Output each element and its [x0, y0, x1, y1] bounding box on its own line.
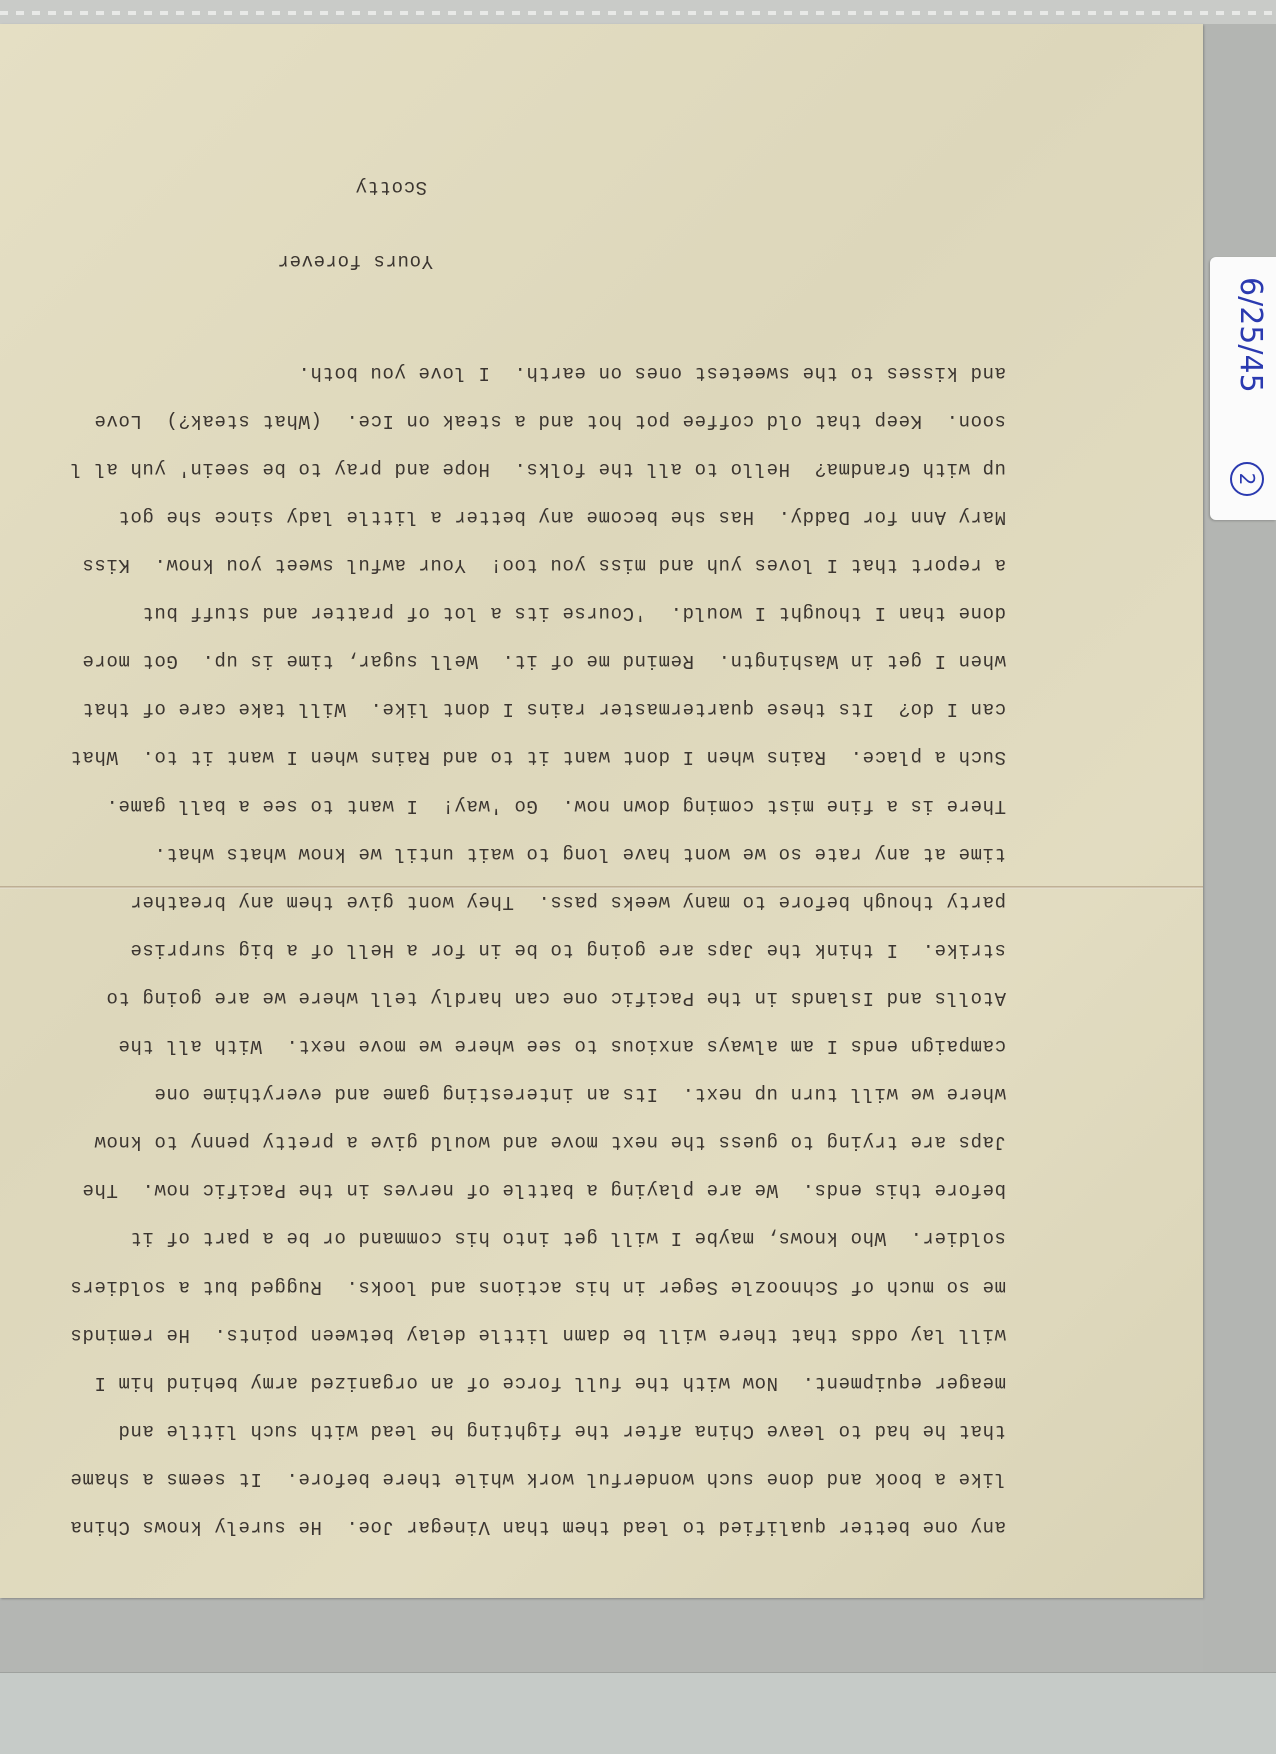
letter-line: and kisses to the sweetest ones on earth…: [6, 336, 1006, 384]
letter-line: that he had to leave China after the fig…: [6, 1394, 1006, 1442]
sleeve-top-edge: [0, 0, 1276, 24]
tag-date: 6/25/45: [1233, 277, 1268, 393]
letter-line: when I get in Washingtn. Remind me of it…: [6, 624, 1006, 672]
letter-line: like a book and done such wonderful work…: [6, 1442, 1006, 1490]
letter-line: Such a place. Rains when I dont want it …: [6, 720, 1006, 768]
letter-line: campaign ends I am always anxious to see…: [6, 1009, 1006, 1057]
letter-line: before this ends. We are playing a battl…: [6, 1153, 1006, 1201]
letter-closing: Yours forever: [277, 250, 433, 272]
letter-line: can I do? Its these quartermaster rains …: [6, 672, 1006, 720]
letter-page: any one better qualified to lead them th…: [0, 24, 1203, 1598]
letter-line: done than I thought I would. 'Course its…: [6, 576, 1006, 624]
letter-line: time at any rate so we wont have long to…: [6, 817, 1006, 865]
letter-line: party though before to many weeks pass. …: [6, 865, 1006, 913]
letter-line: me so much of Schnoozle Seger in his act…: [6, 1249, 1006, 1297]
letter-line: Atolls and Islands in the Pacific one ca…: [6, 961, 1006, 1009]
letter-line: up with Grandma? Hello to all the folks.…: [6, 432, 1006, 480]
letter-line: strike. I think the Japs are going to be…: [6, 913, 1006, 961]
letter-line: soon. Keep that old coffee pot hot and a…: [6, 384, 1006, 432]
letter-line: Japs are trying to guess the next move a…: [6, 1105, 1006, 1153]
letter-signature: Scotty: [355, 176, 427, 198]
tag-page-number: 2: [1230, 462, 1264, 496]
sleeve-bottom-edge: [0, 1672, 1276, 1754]
letter-line: Mary Ann for Daddy. Has she become any b…: [6, 480, 1006, 528]
letter-line: where we will turn up next. Its an inter…: [6, 1057, 1006, 1105]
letter-line: any one better qualified to lead them th…: [6, 1490, 1006, 1538]
letter-line: soldier. Who knows, maybe I will get int…: [6, 1201, 1006, 1249]
letter-line: meager equipment. Now with the full forc…: [6, 1346, 1006, 1394]
archive-page-tag: 6/25/45 2: [1210, 257, 1276, 520]
sleeve-perforation: [0, 11, 1276, 15]
letter-line: a report that I loves yuh and miss you t…: [6, 528, 1006, 576]
letter-body: any one better qualified to lead them th…: [6, 336, 1006, 1538]
letter-line: will lay odds that there will be damn li…: [6, 1298, 1006, 1346]
rotated-letter-text: any one better qualified to lead them th…: [0, 24, 1203, 1598]
letter-line: There is a fine mist coming down now. Go…: [6, 769, 1006, 817]
